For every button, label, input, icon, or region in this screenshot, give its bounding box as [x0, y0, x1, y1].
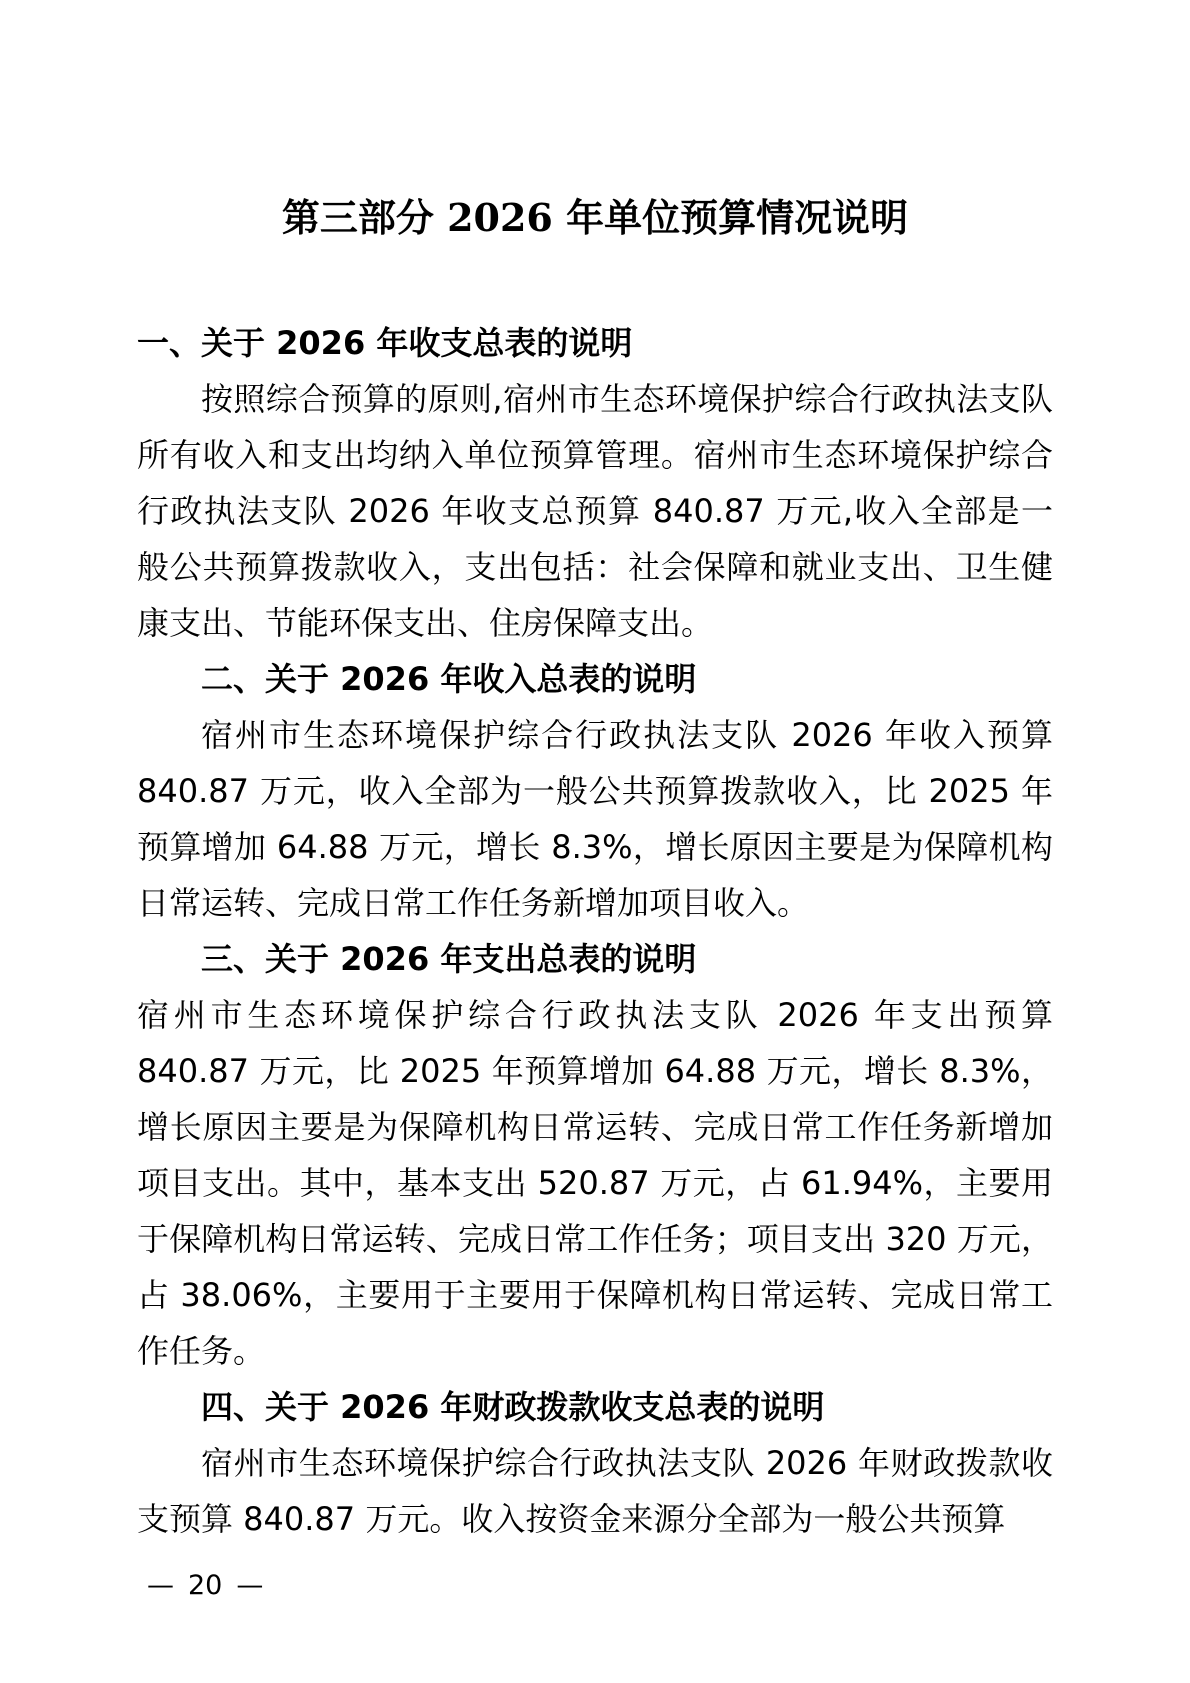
- page-content: 第三部分 2026 年单位预算情况说明 一、关于 2026 年收支总表的说明 按…: [137, 0, 1053, 1683]
- page-footer: — 20 —: [147, 1566, 263, 1606]
- section-heading-1: 一、关于 2026 年收支总表的说明: [137, 315, 1053, 371]
- footer-dash-left: —: [147, 1566, 174, 1606]
- document-page: 第三部分 2026 年单位预算情况说明 一、关于 2026 年收支总表的说明 按…: [0, 0, 1190, 1683]
- page-number: 20: [188, 1566, 222, 1606]
- section-3-paragraph: 宿州市生态环境保护综合行政执法支队 2026 年支出预算 840.87 万元，比…: [137, 987, 1053, 1379]
- section-2-paragraph: 宿州市生态环境保护综合行政执法支队 2026 年收入预算 840.87 万元，收…: [137, 707, 1053, 931]
- section-heading-3: 三、关于 2026 年支出总表的说明: [137, 931, 1053, 987]
- section-1-paragraph: 按照综合预算的原则,宿州市生态环境保护综合行政执法支队所有收入和支出均纳入单位预…: [137, 371, 1053, 651]
- footer-dash-right: —: [236, 1566, 263, 1606]
- page-title: 第三部分 2026 年单位预算情况说明: [137, 190, 1053, 246]
- section-4-paragraph: 宿州市生态环境保护综合行政执法支队 2026 年财政拨款收支预算 840.87 …: [137, 1435, 1053, 1547]
- section-heading-2: 二、关于 2026 年收入总表的说明: [137, 651, 1053, 707]
- section-heading-4: 四、关于 2026 年财政拨款收支总表的说明: [137, 1379, 1053, 1435]
